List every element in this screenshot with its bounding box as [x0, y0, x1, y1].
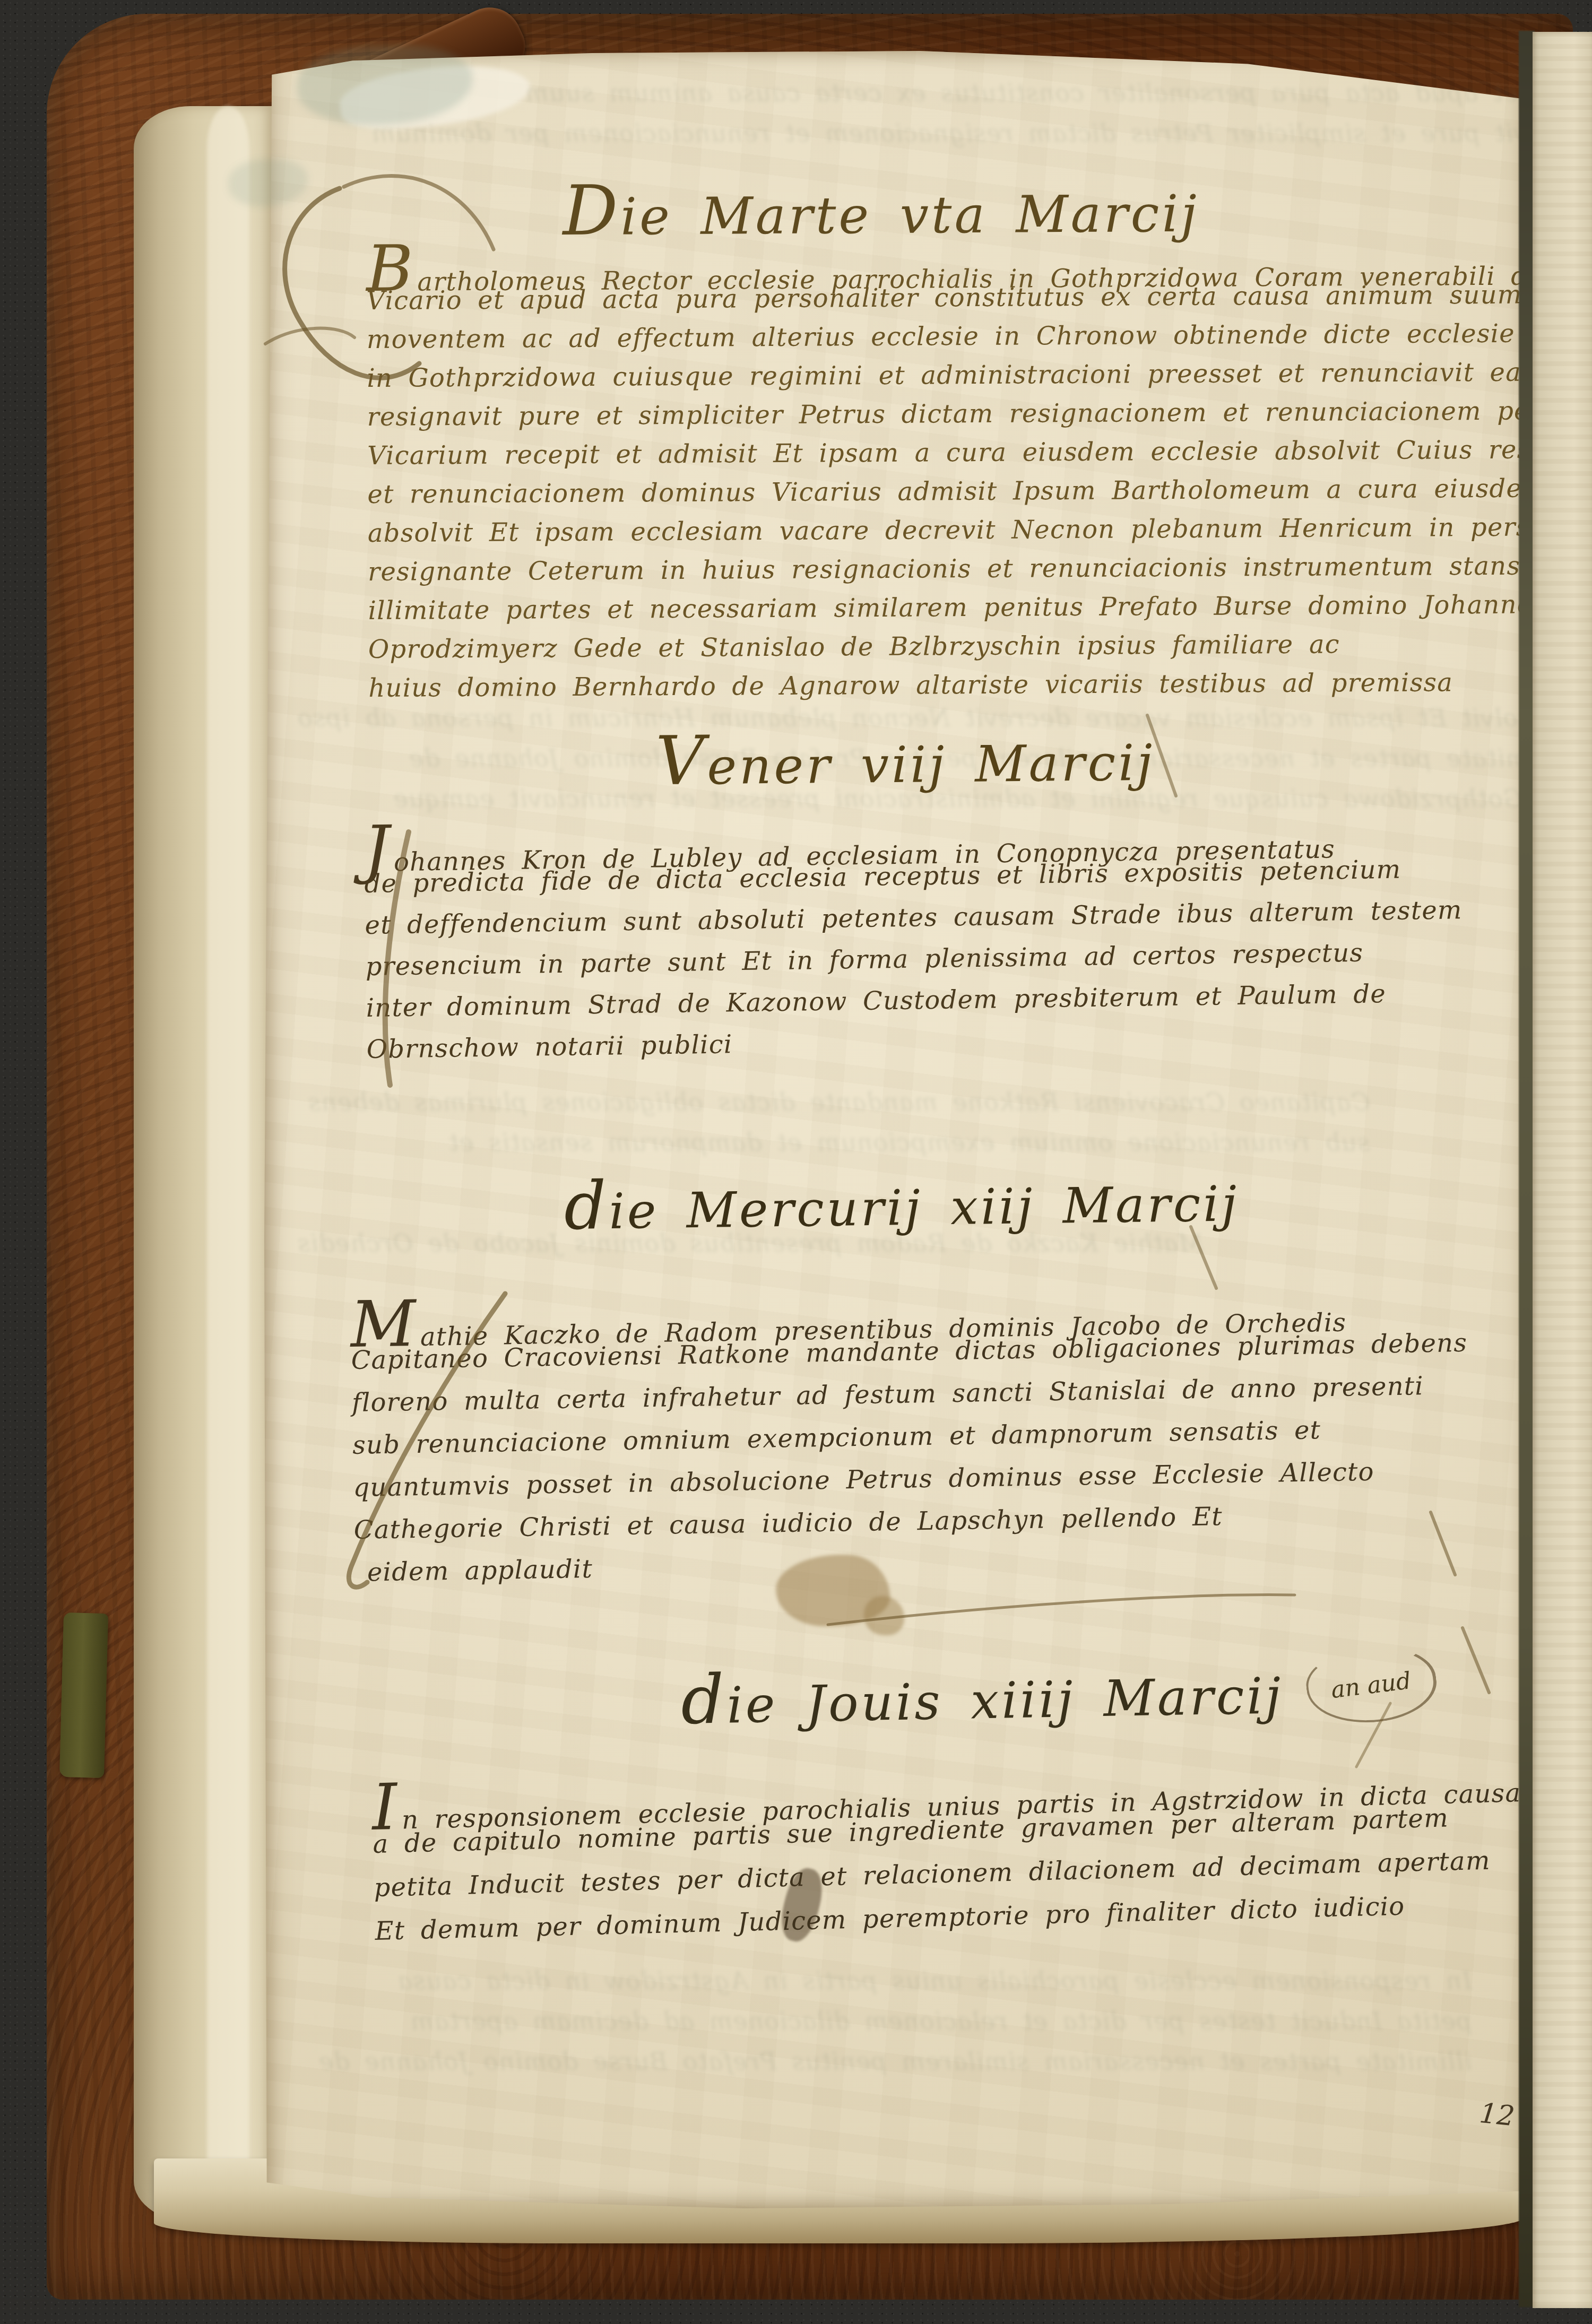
facing-page-edge: [1533, 32, 1592, 2308]
manuscript-photo: Vicario et apud acta pura personaliter c…: [0, 0, 1592, 2324]
pen-flourishes: [0, 0, 1592, 2324]
